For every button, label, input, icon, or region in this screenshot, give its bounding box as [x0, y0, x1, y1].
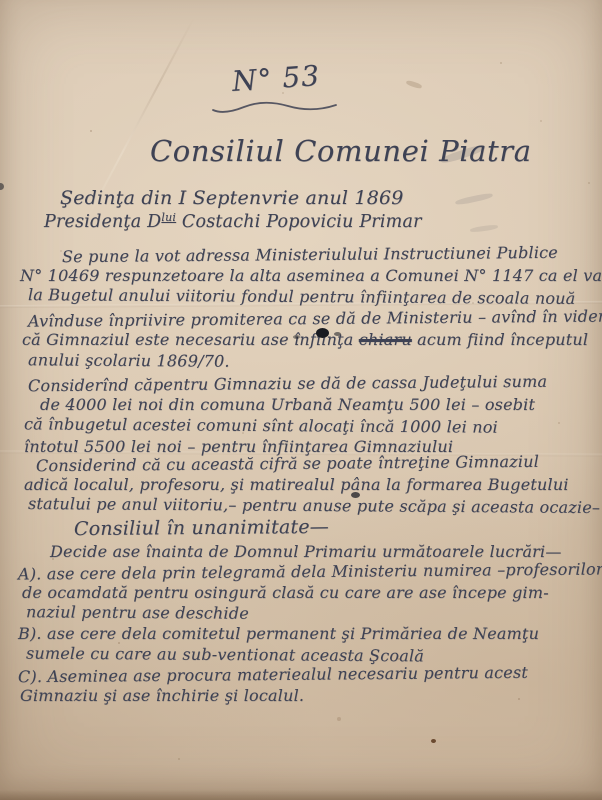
doc-line: Considerînd căpentru Gimnaziu se dă de c… [28, 372, 547, 396]
document-number: N° 53 [231, 59, 321, 98]
presidency-text: Presidenţa D [44, 212, 161, 232]
doc-line: naziul pentru ase deschide [26, 602, 249, 623]
ink-smudge [455, 192, 493, 206]
presidency-line: Presidenţa Dlui Costachi Popoviciu Prima… [44, 211, 422, 232]
doc-line: la Bugetul anului viitoriu fondul pentru… [28, 285, 576, 308]
doc-line: statului pe anul viitoriu,– pentru anuse… [28, 494, 600, 517]
doc-line: N° 10469 respunzetoare la alta aseminea … [20, 266, 602, 285]
doc-line-text: că Gimnaziul este necesariu ase înfiinţa [22, 330, 359, 349]
doc-line: Considerind că cu această cifră se poate… [36, 452, 539, 475]
doc-line: Decide ase înainta de Domnul Primariu ur… [50, 542, 562, 561]
doc-line: adică localul, profesoru, şi matirealul … [24, 475, 569, 494]
doc-line-text: acum fiind începutul [412, 330, 588, 349]
doc-line: că înbugetul acestei comuni sînt alocaţi… [24, 414, 498, 436]
ink-blot [316, 328, 329, 338]
doc-line: sumele cu care au sub-ventionat aceasta … [26, 644, 424, 666]
doc-line: Avînduse înpriivire promiterea ca se dă … [28, 306, 602, 330]
doc-line-item-c: C). Aseminea ase procura materiealul nec… [18, 663, 528, 686]
paper-stain [406, 80, 423, 90]
underline-flourish [210, 97, 340, 117]
document-title: Consiliul Comunei Piatra [150, 134, 532, 168]
ink-smudge [470, 224, 498, 233]
doc-line: de ocamdată pentru osingură clasă cu car… [22, 583, 549, 602]
struck-word: chiaru [359, 330, 412, 349]
handwritten-document: N° 53 Consiliul Comunei Piatra Şedinţa d… [0, 0, 602, 800]
doc-line-item-b: B). ase cere dela comitetul permanent şi… [18, 624, 539, 643]
doc-line: Gimnaziu şi ase închirie şi localul. [20, 686, 304, 705]
doc-line: Se pune la vot adressa Ministeriulului I… [62, 243, 558, 266]
presidency-text: Costachi Popoviciu Primar [176, 212, 422, 232]
presidency-superscript: lui [161, 211, 176, 224]
doc-line: anului şcolariu 1869/70. [28, 350, 230, 370]
doc-line: de 4000 lei noi din comuna Urbană Neamţu… [40, 395, 535, 414]
ink-spot [0, 183, 4, 190]
doc-line: că Gimnaziul este necesariu ase înfiinţa… [22, 330, 588, 349]
session-line: Şedinţa din I Septenvrie anul 1869 [60, 187, 404, 209]
ink-blot [351, 492, 360, 498]
unanimity-heading: Consiliul în unanimitate— [74, 516, 329, 540]
doc-line-item-a: A). ase cere dela prin telegramă dela Mi… [18, 559, 602, 583]
bottom-edge-shadow [0, 790, 602, 800]
paper-stain-dot [431, 739, 436, 743]
paper-speckles [0, 0, 2, 2]
